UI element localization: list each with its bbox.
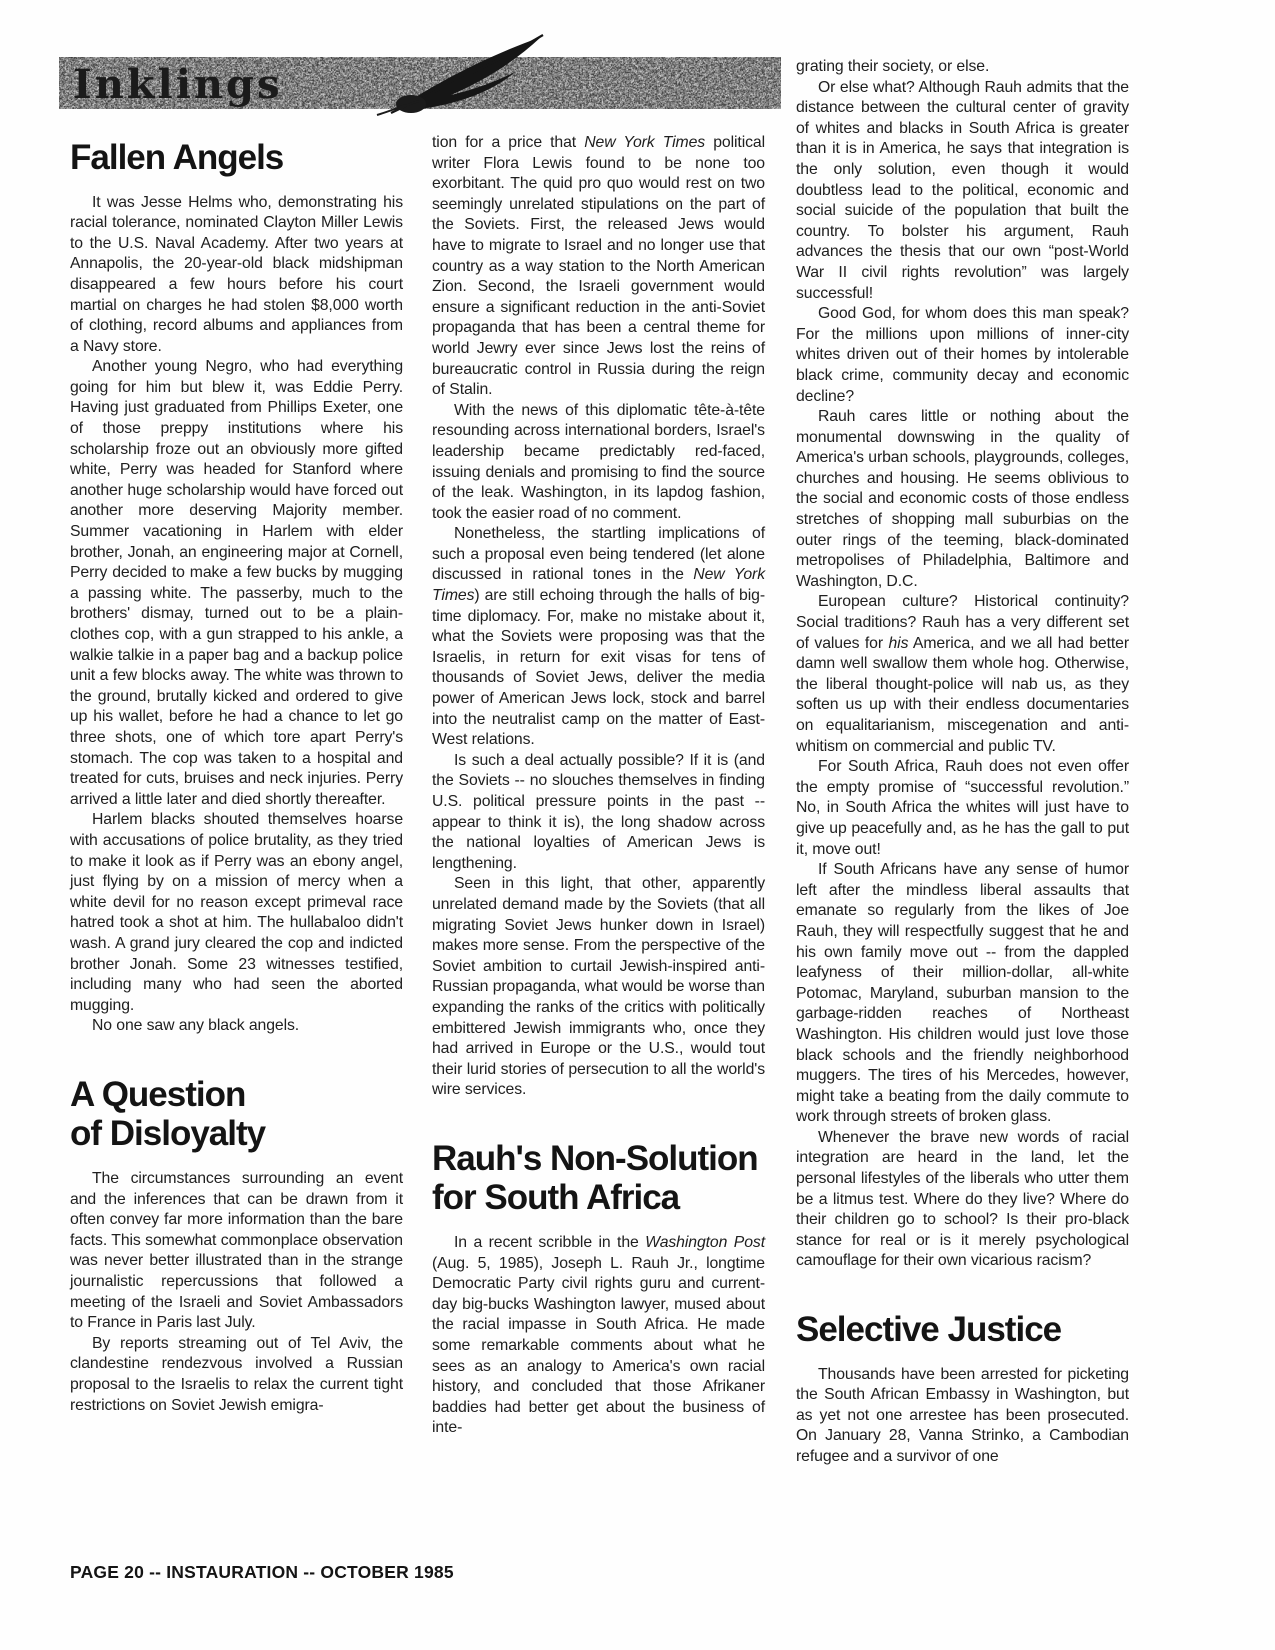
paragraph: Another young Negro, who had everything … xyxy=(70,357,403,810)
column-3: grating their society, or else.Or else w… xyxy=(796,57,1129,1468)
paragraph: tion for a price that New York Times pol… xyxy=(432,133,765,401)
text-run: grating their society, or else. xyxy=(796,58,989,75)
selective-justice-headline: Selective Justice xyxy=(796,1310,1129,1350)
inklings-banner: Inklings xyxy=(59,57,781,109)
page-footer: PAGE 20 -- INSTAURATION -- OCTOBER 1985 xyxy=(70,1562,454,1583)
text-run: Good God, for whom does this man speak? … xyxy=(796,305,1129,404)
paragraph: Rauh cares little or nothing about the m… xyxy=(796,407,1129,592)
text-run: political writer Flora Lewis found to be… xyxy=(432,134,765,398)
paragraph: For South Africa, Rauh does not even off… xyxy=(796,757,1129,860)
text-run: For South Africa, Rauh does not even off… xyxy=(796,758,1129,857)
banner-title: Inklings xyxy=(73,61,282,108)
text-run: If South Africans have any sense of humo… xyxy=(796,861,1129,1125)
paragraph: By reports streaming out of Tel Aviv, th… xyxy=(70,1334,403,1416)
text-run: Is such a deal actually possible? If it … xyxy=(432,752,765,872)
text-run: Harlem blacks shouted themselves hoarse … xyxy=(70,811,403,1013)
text-run: With the news of this diplomatic tête-à-… xyxy=(432,402,765,522)
italic-text-run: Washington Post xyxy=(645,1234,765,1251)
text-run: tion for a price that xyxy=(432,134,584,151)
paragraph: With the news of this diplomatic tête-à-… xyxy=(432,401,765,525)
text-run: By reports streaming out of Tel Aviv, th… xyxy=(70,1335,403,1414)
text-run: ) are still echoing through the halls of… xyxy=(432,587,765,748)
text-run: In a recent scribble in the xyxy=(454,1234,645,1251)
text-run: No one saw any black angels. xyxy=(92,1017,299,1034)
paragraph: Harlem blacks shouted themselves hoarse … xyxy=(70,810,403,1016)
question-of-disloyalty-headline: A Question of Disloyalty xyxy=(70,1075,403,1154)
paragraph: Nonetheless, the startling implications … xyxy=(432,524,765,751)
magazine-page: Inklings Fallen AngelsIt was Jesse Helms… xyxy=(0,0,1275,1650)
paragraph: It was Jesse Helms who, demonstrating hi… xyxy=(70,193,403,358)
inklings-banner-graphic: Inklings xyxy=(59,57,781,109)
paragraph: In a recent scribble in the Washington P… xyxy=(432,1233,765,1439)
text-run: Another young Negro, who had everything … xyxy=(70,358,403,807)
column-2: tion for a price that New York Times pol… xyxy=(432,133,765,1439)
paragraph: Thousands have been arrested for picketi… xyxy=(796,1365,1129,1468)
italic-text-run: New York Times xyxy=(584,134,705,151)
paragraph: Is such a deal actually possible? If it … xyxy=(432,751,765,875)
paragraph: European culture? Historical continuity?… xyxy=(796,592,1129,757)
paragraph: Whenever the brave new words of racial i… xyxy=(796,1128,1129,1272)
fallen-angels-headline: Fallen Angels xyxy=(70,138,403,178)
text-run: It was Jesse Helms who, demonstrating hi… xyxy=(70,194,403,355)
paragraph: If South Africans have any sense of humo… xyxy=(796,860,1129,1128)
text-run: America, and we all had better damn well… xyxy=(796,635,1129,755)
paragraph: The circumstances surrounding an event a… xyxy=(70,1169,403,1334)
text-run: (Aug. 5, 1985), Joseph L. Rauh Jr., long… xyxy=(432,1255,765,1437)
paragraph: Seen in this light, that other, apparent… xyxy=(432,874,765,1101)
paragraph: grating their society, or else. xyxy=(796,57,1129,78)
column-1: Fallen AngelsIt was Jesse Helms who, dem… xyxy=(70,133,403,1416)
text-run: Rauh cares little or nothing about the m… xyxy=(796,408,1129,590)
paragraph: No one saw any black angels. xyxy=(70,1016,403,1037)
text-run: Thousands have been arrested for picketi… xyxy=(796,1366,1129,1465)
text-run: Seen in this light, that other, apparent… xyxy=(432,875,765,1098)
italic-text-run: his xyxy=(888,635,908,652)
paragraph: Or else what? Although Rauh admits that … xyxy=(796,78,1129,305)
text-run: Whenever the brave new words of racial i… xyxy=(796,1129,1129,1270)
text-run: The circumstances surrounding an event a… xyxy=(70,1170,403,1331)
text-run: Or else what? Although Rauh admits that … xyxy=(796,79,1129,302)
rauhs-non-solution-headline: Rauh's Non-Solution for South Africa xyxy=(432,1139,765,1218)
paragraph: Good God, for whom does this man speak? … xyxy=(796,304,1129,407)
